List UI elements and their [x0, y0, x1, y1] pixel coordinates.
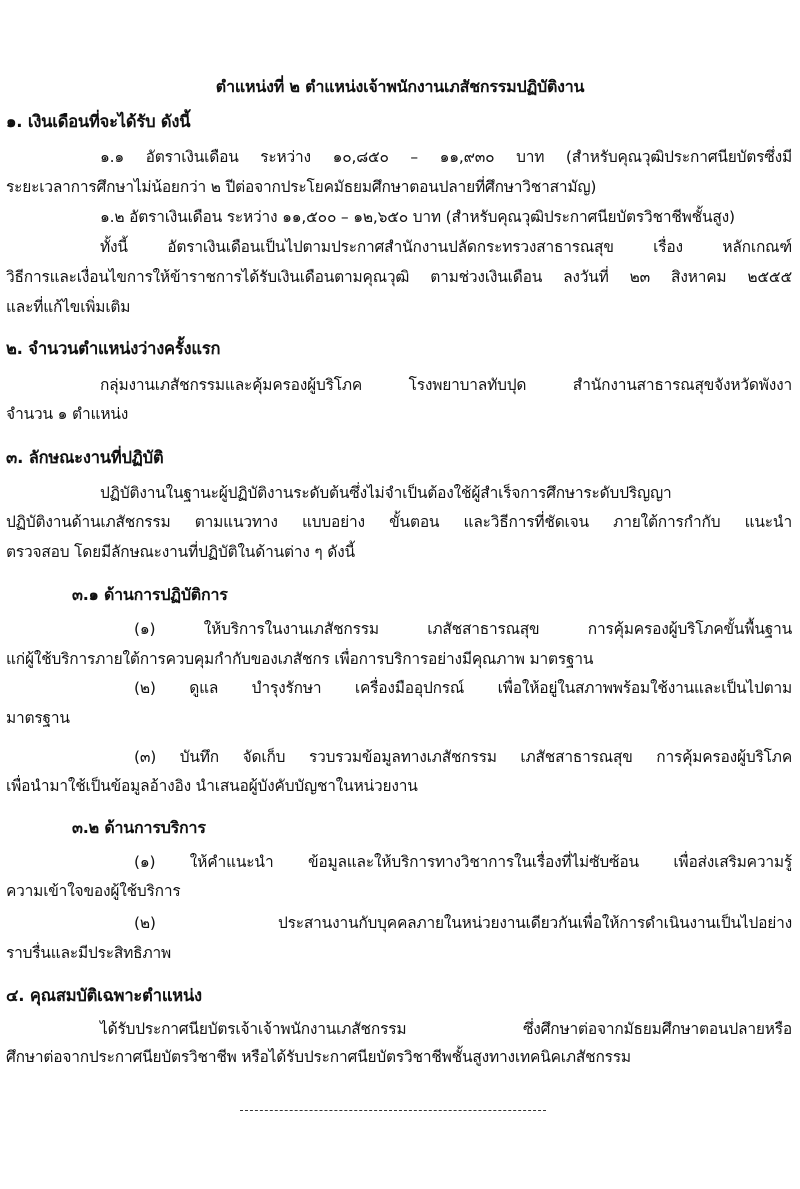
- section-3-line: ตรวจสอบ โดยมีลักษณะงานที่ปฏิบัติในด้านต่…: [6, 541, 355, 563]
- subsection-3-2-line: ราบรื่นและมีประสิทธิภาพ: [6, 942, 171, 964]
- section-1-line: วิธีการและเงื่อนไขการให้ข้าราชการได้รับเ…: [6, 266, 792, 288]
- section-4-line: ได้รับประกาศนียบัตรเจ้าเจ้าพนักงานเภสัชก…: [100, 1018, 792, 1040]
- end-divider: [240, 1110, 546, 1111]
- subsection-3-1-line: มาตรฐาน: [6, 707, 70, 729]
- subsection-3-2-line: (๑) ให้คำแนะนำ ข้อมูลและให้บริการทางวิชา…: [134, 851, 792, 873]
- section-1-line: ๑.๒ อัตราเงินเดือน ระหว่าง ๑๑,๕๐๐ – ๑๒,๖…: [100, 206, 735, 228]
- subsection-3-2-heading: ๓.๒ ด้านการบริการ: [72, 817, 206, 839]
- section-1-heading: ๑. เงินเดือนที่จะได้รับ ดังนี้: [6, 111, 190, 133]
- subsection-3-2-line: ความเข้าใจของผู้ใช้บริการ: [6, 880, 180, 902]
- section-3-line: ปฏิบัติงานด้านเภสัชกรรม ตามแนวทาง แบบอย่…: [6, 511, 792, 533]
- section-1-line: ๑.๑ อัตราเงินเดือน ระหว่าง ๑๐,๘๕๐ – ๑๑,๙…: [100, 146, 792, 168]
- subsection-3-1-line: (๒) ดูแล บำรุงรักษา เครื่องมืออุปกรณ์ เพ…: [134, 677, 792, 699]
- section-2-line: จำนวน ๑ ตำแหน่ง: [6, 403, 128, 425]
- subsection-3-1-line: แก่ผู้ใช้บริการภายใต้การควบคุมกำกับของเภ…: [6, 648, 593, 670]
- subsection-3-1-heading: ๓.๑ ด้านการปฏิบัติการ: [72, 584, 228, 606]
- document-page: ตำแหน่งที่ ๒ ตำแหน่งเจ้าพนักงานเภสัชกรรม…: [0, 0, 800, 1189]
- document-title: ตำแหน่งที่ ๒ ตำแหน่งเจ้าพนักงานเภสัชกรรม…: [0, 76, 800, 98]
- section-3-line: ปฏิบัติงานในฐานะผู้ปฏิบัติงานระดับต้นซึ่…: [100, 482, 792, 504]
- section-1-line: และที่แก้ไขเพิ่มเติม: [6, 296, 130, 318]
- subsection-3-1-line: (๓) บันทึก จัดเก็บ รวบรวมข้อมูลทางเภสัชก…: [134, 746, 792, 768]
- section-2-heading: ๒. จำนวนตำแหน่งว่างครั้งแรก: [6, 338, 220, 360]
- section-4-heading: ๔. คุณสมบัติเฉพาะตำแหน่ง: [6, 985, 202, 1007]
- section-2-line: กลุ่มงานเภสัชกรรมและคุ้มครองผู้บริโภค โร…: [100, 374, 792, 396]
- section-4-line: ศึกษาต่อจากประกาศนียบัตรวิชาชีพ หรือได้ร…: [6, 1046, 631, 1068]
- section-3-heading: ๓. ลักษณะงานที่ปฏิบัติ: [6, 447, 163, 469]
- section-1-line: ทั้งนี้ อัตราเงินเดือนเป็นไปตามประกาศสำน…: [100, 236, 792, 258]
- section-1-line: ระยะเวลาการศึกษาไม่น้อยกว่า ๒ ปีต่อจากปร…: [6, 176, 596, 198]
- subsection-3-1-line: เพื่อนำมาใช้เป็นข้อมูลอ้างอิง นำเสนอผู้บ…: [6, 775, 418, 797]
- subsection-3-1-line: (๑) ให้บริการในงานเภสัชกรรม เภสัชสาธารณส…: [134, 618, 792, 640]
- subsection-3-2-line: (๒) ประสานงานกับบุคคลภายในหน่วยงานเดียวก…: [134, 912, 792, 934]
